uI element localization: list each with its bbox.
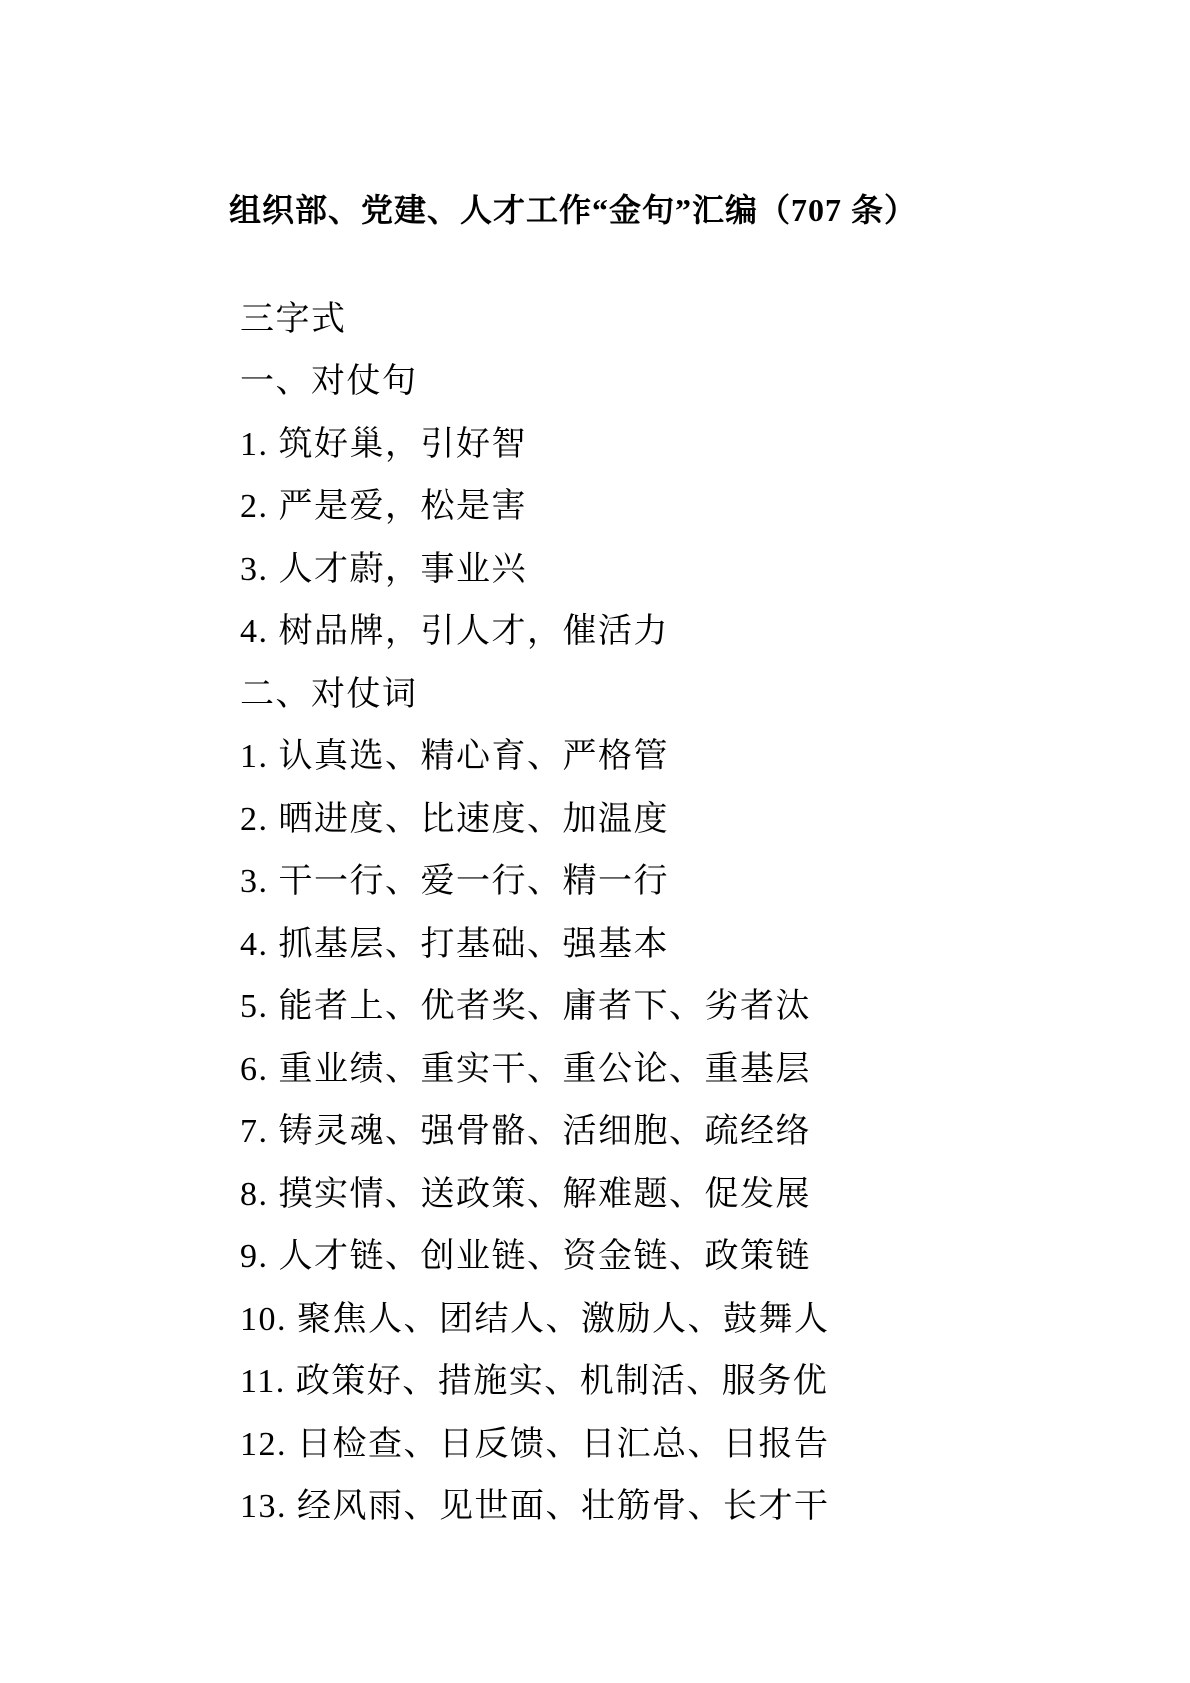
list-item: 3. 人才蔚，事业兴 — [240, 534, 1140, 597]
doc-title: 组织部、党建、人才工作“金句”汇编（707 条） — [229, 191, 917, 229]
list-item: 6. 重业绩、重实干、重公论、重基层 — [240, 1034, 1140, 1097]
section-1-heading: 一、对仗句 — [240, 347, 1140, 410]
list-item: 9. 人才链、创业链、资金链、政策链 — [240, 1222, 1140, 1285]
list-item: 12. 日检查、日反馈、日汇总、日报告 — [240, 1409, 1140, 1472]
document-page: 组织部、党建、人才工作“金句”汇编（707 条） 三字式 一、对仗句 1. 筑好… — [0, 0, 1190, 1683]
style-type-label: 三字式 — [240, 284, 1140, 347]
list-item: 2. 晒进度、比速度、加温度 — [240, 784, 1140, 847]
list-item: 2. 严是爱，松是害 — [240, 472, 1140, 535]
list-item: 1. 筑好巢，引好智 — [240, 409, 1140, 472]
list-item: 11. 政策好、措施实、机制活、服务优 — [240, 1347, 1140, 1410]
list-item: 4. 树品牌，引人才，催活力 — [240, 597, 1140, 660]
list-item: 5. 能者上、优者奖、庸者下、劣者汰 — [240, 972, 1140, 1035]
list-item: 1. 认真选、精心育、严格管 — [240, 722, 1140, 785]
list-item: 7. 铸灵魂、强骨骼、活细胞、疏经络 — [240, 1097, 1140, 1160]
doc-body: 三字式 一、对仗句 1. 筑好巢，引好智 2. 严是爱，松是害 3. 人才蔚，事… — [240, 284, 1140, 1534]
list-item: 3. 干一行、爱一行、精一行 — [240, 847, 1140, 910]
section-2-heading: 二、对仗词 — [240, 659, 1140, 722]
list-item: 10. 聚焦人、团结人、激励人、鼓舞人 — [240, 1284, 1140, 1347]
list-item: 8. 摸实情、送政策、解难题、促发展 — [240, 1159, 1140, 1222]
list-item: 4. 抓基层、打基础、强基本 — [240, 909, 1140, 972]
list-item: 13. 经风雨、见世面、壮筋骨、长才干 — [240, 1472, 1140, 1535]
